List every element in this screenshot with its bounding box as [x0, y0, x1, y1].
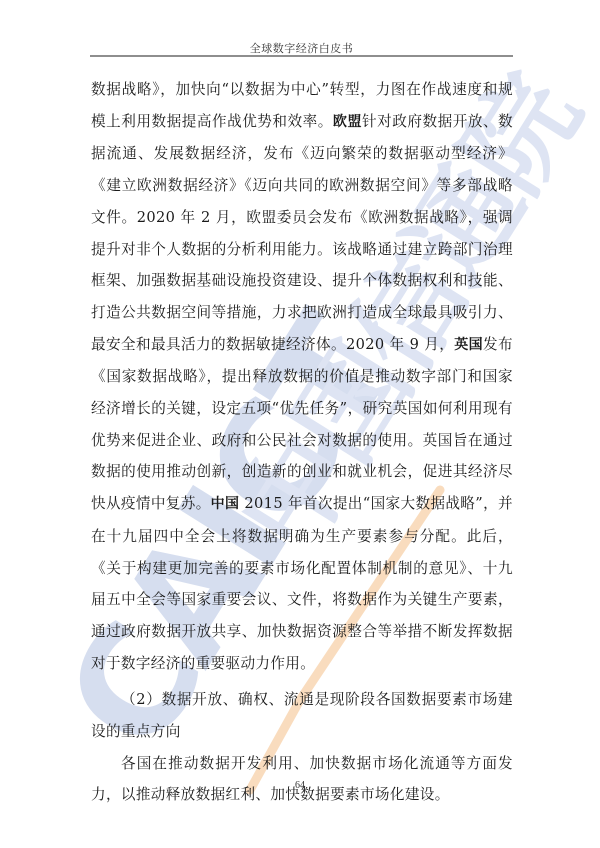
page-body: 数据战略》，加快向“以数据为中心”转型，力图在作战速度和规模上利用数据提高作战优…: [91, 74, 513, 811]
bold-term-china: 中国: [211, 496, 240, 512]
section-heading: （2）数据开放、确权、流通是现阶段各国数据要素市场建设的重点方向: [91, 684, 513, 747]
text-segment: 2015 年首次提出“国家大数据战略”，并在十九届四中全会上将数据明确为生产要素…: [91, 495, 513, 672]
header-divider: [90, 55, 513, 57]
text-segment: 发布《国家数据战略》，提出释放数据的价值是推动数字部门和国家经济增长的关键，设定…: [91, 336, 513, 513]
bold-term-eu: 欧盟: [333, 114, 362, 130]
section-paragraph: 各国在推动数据开发利用、加快数据市场化流通等方面发力，以推动释放数据红利、加快数…: [91, 748, 513, 811]
text-segment: 针对政府数据开放、数据流通、发展数据经济，发布《迈向繁荣的数据驱动型经济》《建立…: [91, 113, 513, 353]
bold-term-uk: 英国: [454, 337, 483, 353]
body-paragraph: 数据战略》，加快向“以数据为中心”转型，力图在作战速度和规模上利用数据提高作战优…: [91, 74, 513, 679]
running-header-title: 全球数字经济白皮书: [90, 40, 513, 56]
